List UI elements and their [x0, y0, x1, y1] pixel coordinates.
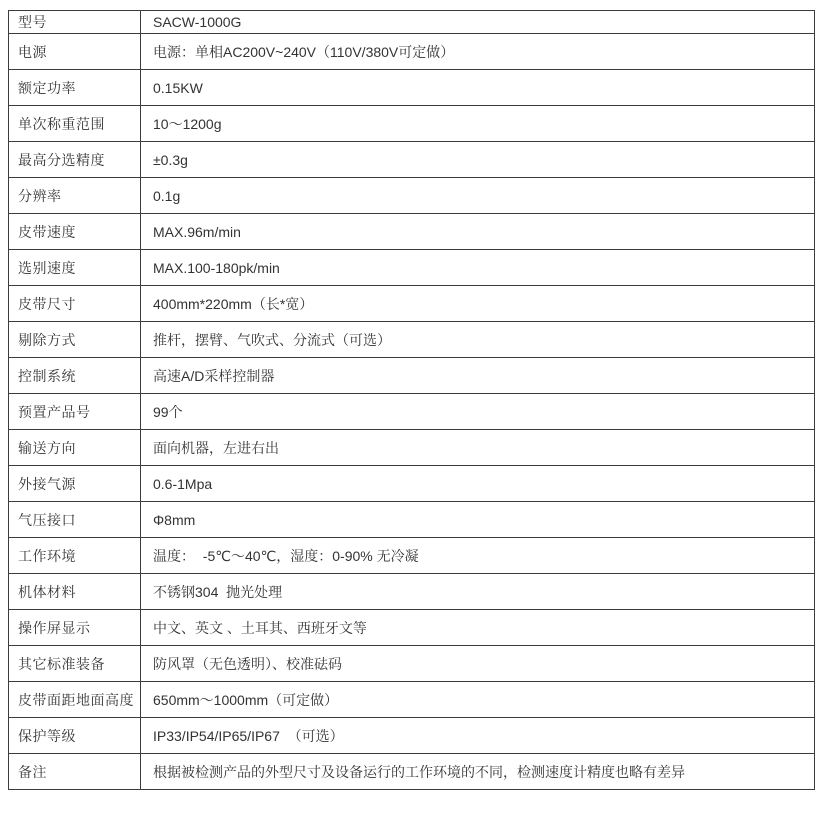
product-spec-table: 型号SACW-1000G电源电源：单相AC200V~240V（110V/380V… — [8, 10, 815, 790]
spec-label: 选别速度 — [9, 250, 141, 286]
table-row: 工作环境温度： -5℃～40℃，湿度：0-90% 无冷凝 — [9, 538, 815, 574]
spec-value: 99个 — [141, 394, 815, 430]
spec-value: Φ8mm — [141, 502, 815, 538]
table-row: 输送方向面向机器，左进右出 — [9, 430, 815, 466]
spec-value: 中文、英文 、土耳其、西班牙文等 — [141, 610, 815, 646]
spec-label: 单次称重范围 — [9, 106, 141, 142]
spec-value: 温度： -5℃～40℃，湿度：0-90% 无冷凝 — [141, 538, 815, 574]
spec-label: 皮带面距地面高度 — [9, 682, 141, 718]
spec-label: 保护等级 — [9, 718, 141, 754]
spec-label: 皮带速度 — [9, 214, 141, 250]
spec-label: 电源 — [9, 34, 141, 70]
spec-value: 0.6-1Mpa — [141, 466, 815, 502]
spec-value: IP33/IP54/IP65/IP67 （可选） — [141, 718, 815, 754]
spec-label: 最高分选精度 — [9, 142, 141, 178]
spec-value: 不锈钢304 抛光处理 — [141, 574, 815, 610]
spec-value: 面向机器，左进右出 — [141, 430, 815, 466]
spec-label: 备注 — [9, 754, 141, 790]
spec-label: 其它标准装备 — [9, 646, 141, 682]
table-row: 皮带速度MAX.96m/min — [9, 214, 815, 250]
spec-value: 推杆，摆臂、气吹式、分流式（可选） — [141, 322, 815, 358]
table-row: 选别速度MAX.100-180pk/min — [9, 250, 815, 286]
table-row: 外接气源0.6-1Mpa — [9, 466, 815, 502]
table-row: 预置产品号99个 — [9, 394, 815, 430]
spec-value: 根据被检测产品的外型尺寸及设备运行的工作环境的不同，检测速度计精度也略有差异 — [141, 754, 815, 790]
table-row: 分辨率0.1g — [9, 178, 815, 214]
spec-label: 额定功率 — [9, 70, 141, 106]
spec-label: 皮带尺寸 — [9, 286, 141, 322]
spec-label: 输送方向 — [9, 430, 141, 466]
table-row: 控制系统高速A/D采样控制器 — [9, 358, 815, 394]
spec-value: 防风罩（无色透明）、校准砝码 — [141, 646, 815, 682]
table-row: 机体材料不锈钢304 抛光处理 — [9, 574, 815, 610]
table-row: 型号SACW-1000G — [9, 11, 815, 34]
spec-label: 控制系统 — [9, 358, 141, 394]
table-row: 操作屏显示中文、英文 、土耳其、西班牙文等 — [9, 610, 815, 646]
table-row: 气压接口Φ8mm — [9, 502, 815, 538]
table-row: 剔除方式推杆，摆臂、气吹式、分流式（可选） — [9, 322, 815, 358]
spec-label: 气压接口 — [9, 502, 141, 538]
table-row: 皮带面距地面高度650mm～1000mm（可定做） — [9, 682, 815, 718]
spec-value: 高速A/D采样控制器 — [141, 358, 815, 394]
spec-label: 机体材料 — [9, 574, 141, 610]
spec-label: 工作环境 — [9, 538, 141, 574]
spec-value: 电源：单相AC200V~240V（110V/380V可定做） — [141, 34, 815, 70]
table-row: 最高分选精度±0.3g — [9, 142, 815, 178]
spec-value: 0.15KW — [141, 70, 815, 106]
table-row: 其它标准装备防风罩（无色透明）、校准砝码 — [9, 646, 815, 682]
spec-value: MAX.96m/min — [141, 214, 815, 250]
table-row: 电源电源：单相AC200V~240V（110V/380V可定做） — [9, 34, 815, 70]
spec-value: SACW-1000G — [141, 11, 815, 34]
spec-label: 外接气源 — [9, 466, 141, 502]
spec-value: 10～1200g — [141, 106, 815, 142]
table-row: 备注根据被检测产品的外型尺寸及设备运行的工作环境的不同，检测速度计精度也略有差异 — [9, 754, 815, 790]
spec-label: 分辨率 — [9, 178, 141, 214]
spec-label: 预置产品号 — [9, 394, 141, 430]
spec-table-body: 型号SACW-1000G电源电源：单相AC200V~240V（110V/380V… — [9, 11, 815, 790]
table-row: 皮带尺寸400mm*220mm（长*宽） — [9, 286, 815, 322]
table-row: 额定功率0.15KW — [9, 70, 815, 106]
table-row: 单次称重范围10～1200g — [9, 106, 815, 142]
spec-value: 400mm*220mm（长*宽） — [141, 286, 815, 322]
spec-sheet-page: 型号SACW-1000G电源电源：单相AC200V~240V（110V/380V… — [0, 0, 822, 820]
table-row: 保护等级IP33/IP54/IP65/IP67 （可选） — [9, 718, 815, 754]
spec-label: 剔除方式 — [9, 322, 141, 358]
spec-value: MAX.100-180pk/min — [141, 250, 815, 286]
spec-label: 操作屏显示 — [9, 610, 141, 646]
spec-label: 型号 — [9, 11, 141, 34]
spec-value: ±0.3g — [141, 142, 815, 178]
spec-value: 650mm～1000mm（可定做） — [141, 682, 815, 718]
spec-value: 0.1g — [141, 178, 815, 214]
